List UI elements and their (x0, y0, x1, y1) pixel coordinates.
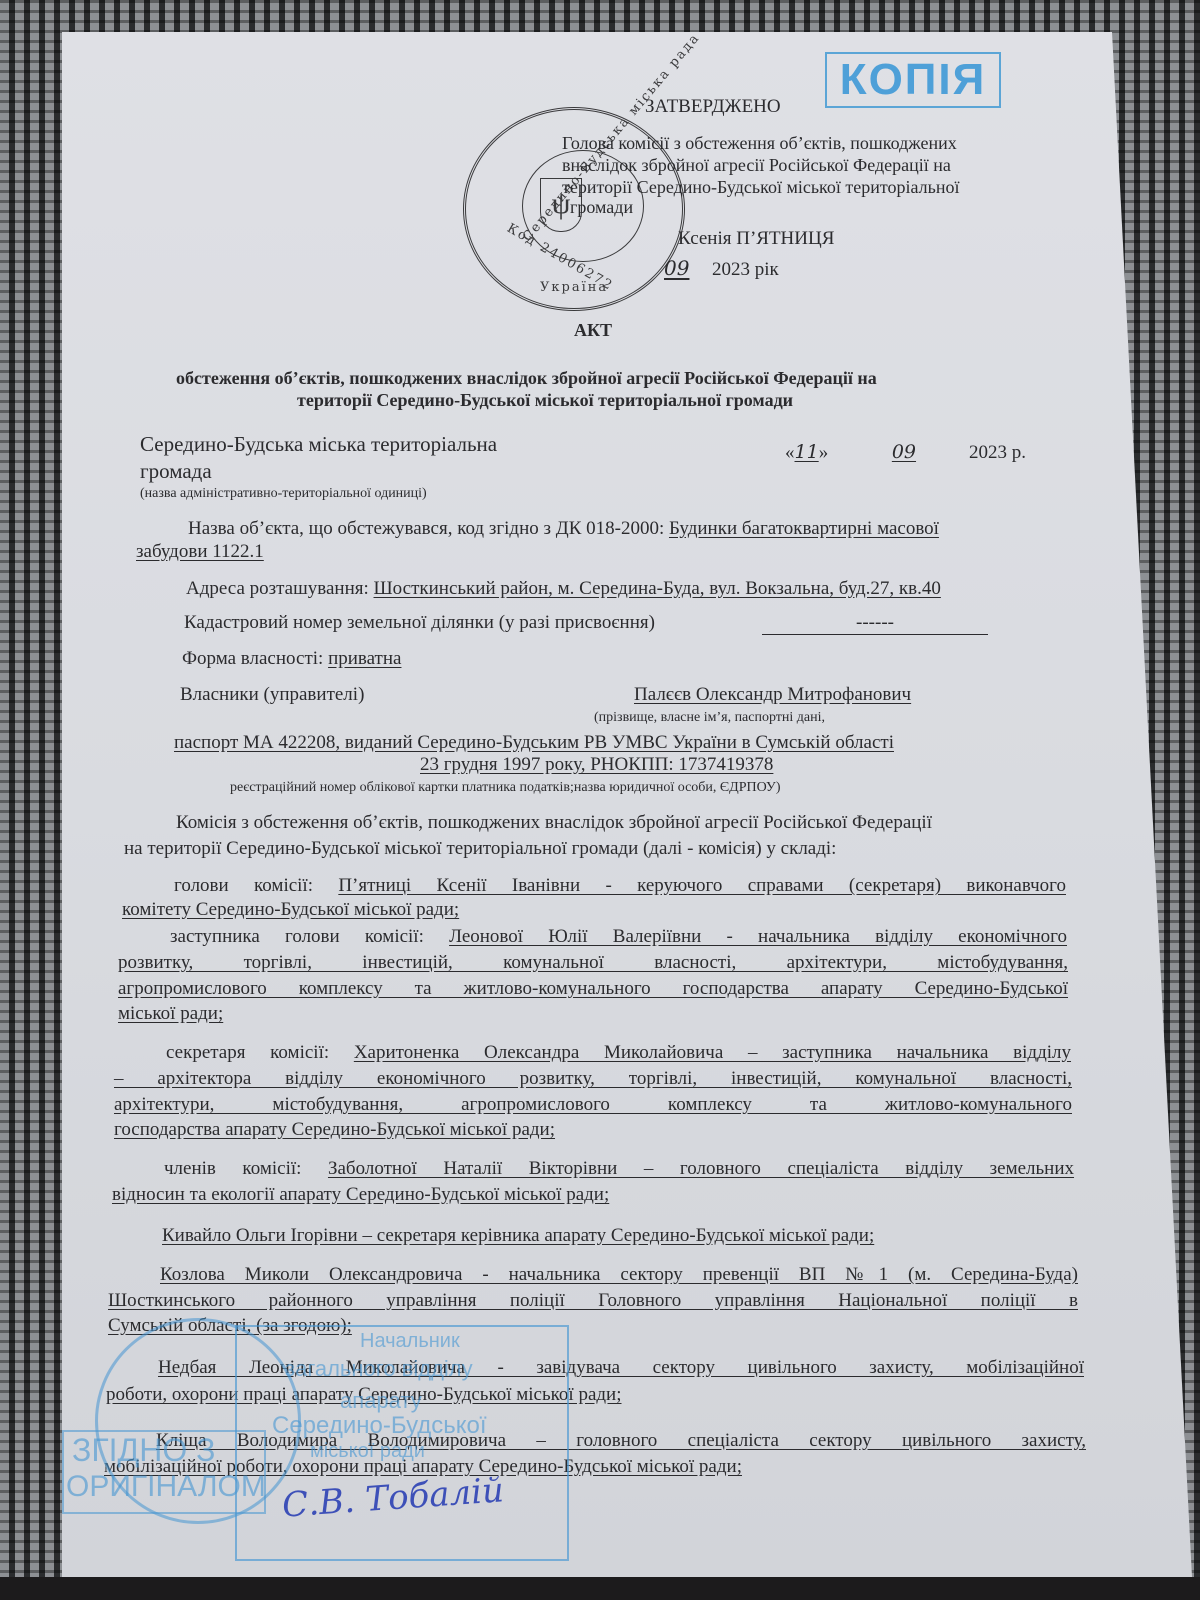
commission-intro: Комісія з обстеження об’єктів, пошкоджен… (176, 812, 932, 834)
member-value: Козлова Миколи Олександровича - начальни… (160, 1264, 1078, 1286)
owners-caption: (прізвище, власне ім’я, паспортні дані, (594, 710, 825, 726)
blue-stamp-text: загального відділу (285, 1356, 473, 1382)
date-quote: » (819, 442, 829, 463)
secretary-value: Харитоненка Олександра Миколайовича – за… (354, 1042, 1071, 1063)
address-field: Адреса розташування: Шосткинський район,… (186, 578, 941, 600)
secretary-value-cont: архітектури, містобудування, агропромисл… (114, 1094, 1072, 1116)
owners-passport-date: 23 грудня 1997 року, РНОКПП: 1737419378 (420, 754, 773, 776)
act-date-month: 09 (839, 442, 969, 464)
act-date-year: 2023 р. (969, 442, 1026, 463)
blue-stamp-text: ЗГІДНО З (72, 1432, 215, 1469)
act-subtitle: території Середино-Будської міської тери… (297, 390, 793, 411)
community-name: Середино-Будська міська територіальна (140, 432, 497, 456)
deputy-value-cont: розвитку, торгівлі, інвестицій, комуналь… (118, 952, 1068, 974)
address-label: Адреса розташування: (186, 578, 369, 599)
member-value: Заболотної Наталії Вікторівни – головног… (328, 1158, 1074, 1179)
object-value: Будинки багатоквартирні масової (669, 518, 939, 539)
background-edge (0, 1577, 1200, 1600)
object-field: Назва об’єкта, що обстежувався, код згід… (188, 518, 939, 540)
blue-stamp-text: Начальник (360, 1330, 460, 1353)
address-value: Шосткинський район, м. Середина-Буда, ву… (374, 578, 941, 599)
act-title: АКТ (574, 320, 612, 341)
approval-line: внаслідок збройної агресії Російської Фе… (562, 155, 951, 176)
blue-stamp-text: апарату (340, 1388, 422, 1414)
blue-stamp-text: міської ради (310, 1440, 425, 1463)
date-quote: « (785, 442, 795, 463)
member-value-cont: відносин та екології апарату Середино-Бу… (112, 1184, 609, 1206)
secretary-value-cont: господарства апарату Середино-Будської м… (114, 1119, 555, 1141)
member-line: членів комісії: Заболотної Наталії Вікто… (164, 1158, 1074, 1180)
blue-stamp-text: ОРИГІНАЛОМ (66, 1470, 266, 1504)
owners-name: Палєєв Олександр Митрофанович (634, 684, 911, 706)
seal-country: Україна (540, 280, 608, 295)
chair-value-cont: комітету Середино-Будської міської ради; (122, 899, 459, 921)
act-date-day: 11 (795, 441, 819, 463)
chair-value: П’ятниці Ксенії Іванівни - керуючого спр… (338, 875, 1066, 896)
secretary-value-cont: – архітектора відділу економічного розви… (114, 1068, 1072, 1090)
member-value-cont: Шосткинського районного управління поліц… (108, 1290, 1078, 1312)
ownership-label: Форма власності: (182, 648, 323, 669)
deputy-value-cont: агропромислового комплексу та житлово-ко… (118, 978, 1068, 1000)
object-label: Назва об’єкта, що обстежувався, код згід… (188, 518, 664, 539)
owners-passport: паспорт МА 422208, виданий Середино-Будс… (174, 732, 894, 754)
cadastral-value: ------ (762, 612, 988, 635)
approval-line: території Середино-Будської міської тери… (562, 177, 959, 198)
member-value: Кивайло Ольги Ігорівни – секретаря керів… (162, 1225, 874, 1247)
deputy-line: заступника голови комісії: Леонової Юлії… (170, 926, 1067, 948)
cadastral-label: Кадастровий номер земельної ділянки (у р… (184, 612, 655, 634)
owners-label: Власники (управителі) (180, 684, 364, 706)
owners-caption: реєстраційний номер облікової картки пла… (230, 780, 781, 796)
community-caption: (назва адміністративно-територіальної од… (140, 486, 427, 502)
approval-line: Голова комісії з обстеження об’єктів, по… (562, 133, 957, 154)
deputy-label: заступника голови комісії: (170, 926, 424, 947)
act-date: «11» 092023 р. (785, 442, 1026, 464)
blue-stamp-text: Середино-Будської (272, 1412, 487, 1440)
object-value-cont: забудови 1122.1 (136, 541, 264, 563)
approval-heading: ЗАТВЕРДЖЕНО (645, 96, 781, 118)
commission-intro: на території Середино-Будської міської т… (124, 838, 836, 860)
ownership-value: приватна (328, 648, 401, 669)
chair-line: голови комісії: П’ятниці Ксенії Іванівни… (174, 875, 1066, 897)
deputy-value-cont: міської ради; (118, 1003, 223, 1025)
community-name: громада (140, 459, 212, 483)
act-subtitle: обстеження об’єктів, пошкоджених внаслід… (176, 368, 877, 389)
members-label: членів комісії: (164, 1158, 301, 1179)
approval-line: громади (570, 197, 633, 218)
approval-signatory: Ксенія П’ЯТНИЦЯ (678, 228, 834, 250)
secretary-label: секретаря комісії: (166, 1042, 329, 1063)
approval-date-month: 09 (640, 257, 701, 280)
chair-label: голови комісії: (174, 875, 313, 896)
deputy-value: Леонової Юлії Валеріївни - начальника ві… (449, 926, 1067, 947)
ownership-field: Форма власності: приватна (182, 648, 401, 670)
secretary-line: секретаря комісії: Харитоненка Олександр… (166, 1042, 1071, 1064)
copy-stamp: КОПІЯ (825, 52, 1001, 108)
approval-date-year: 2023 рік (712, 259, 779, 281)
